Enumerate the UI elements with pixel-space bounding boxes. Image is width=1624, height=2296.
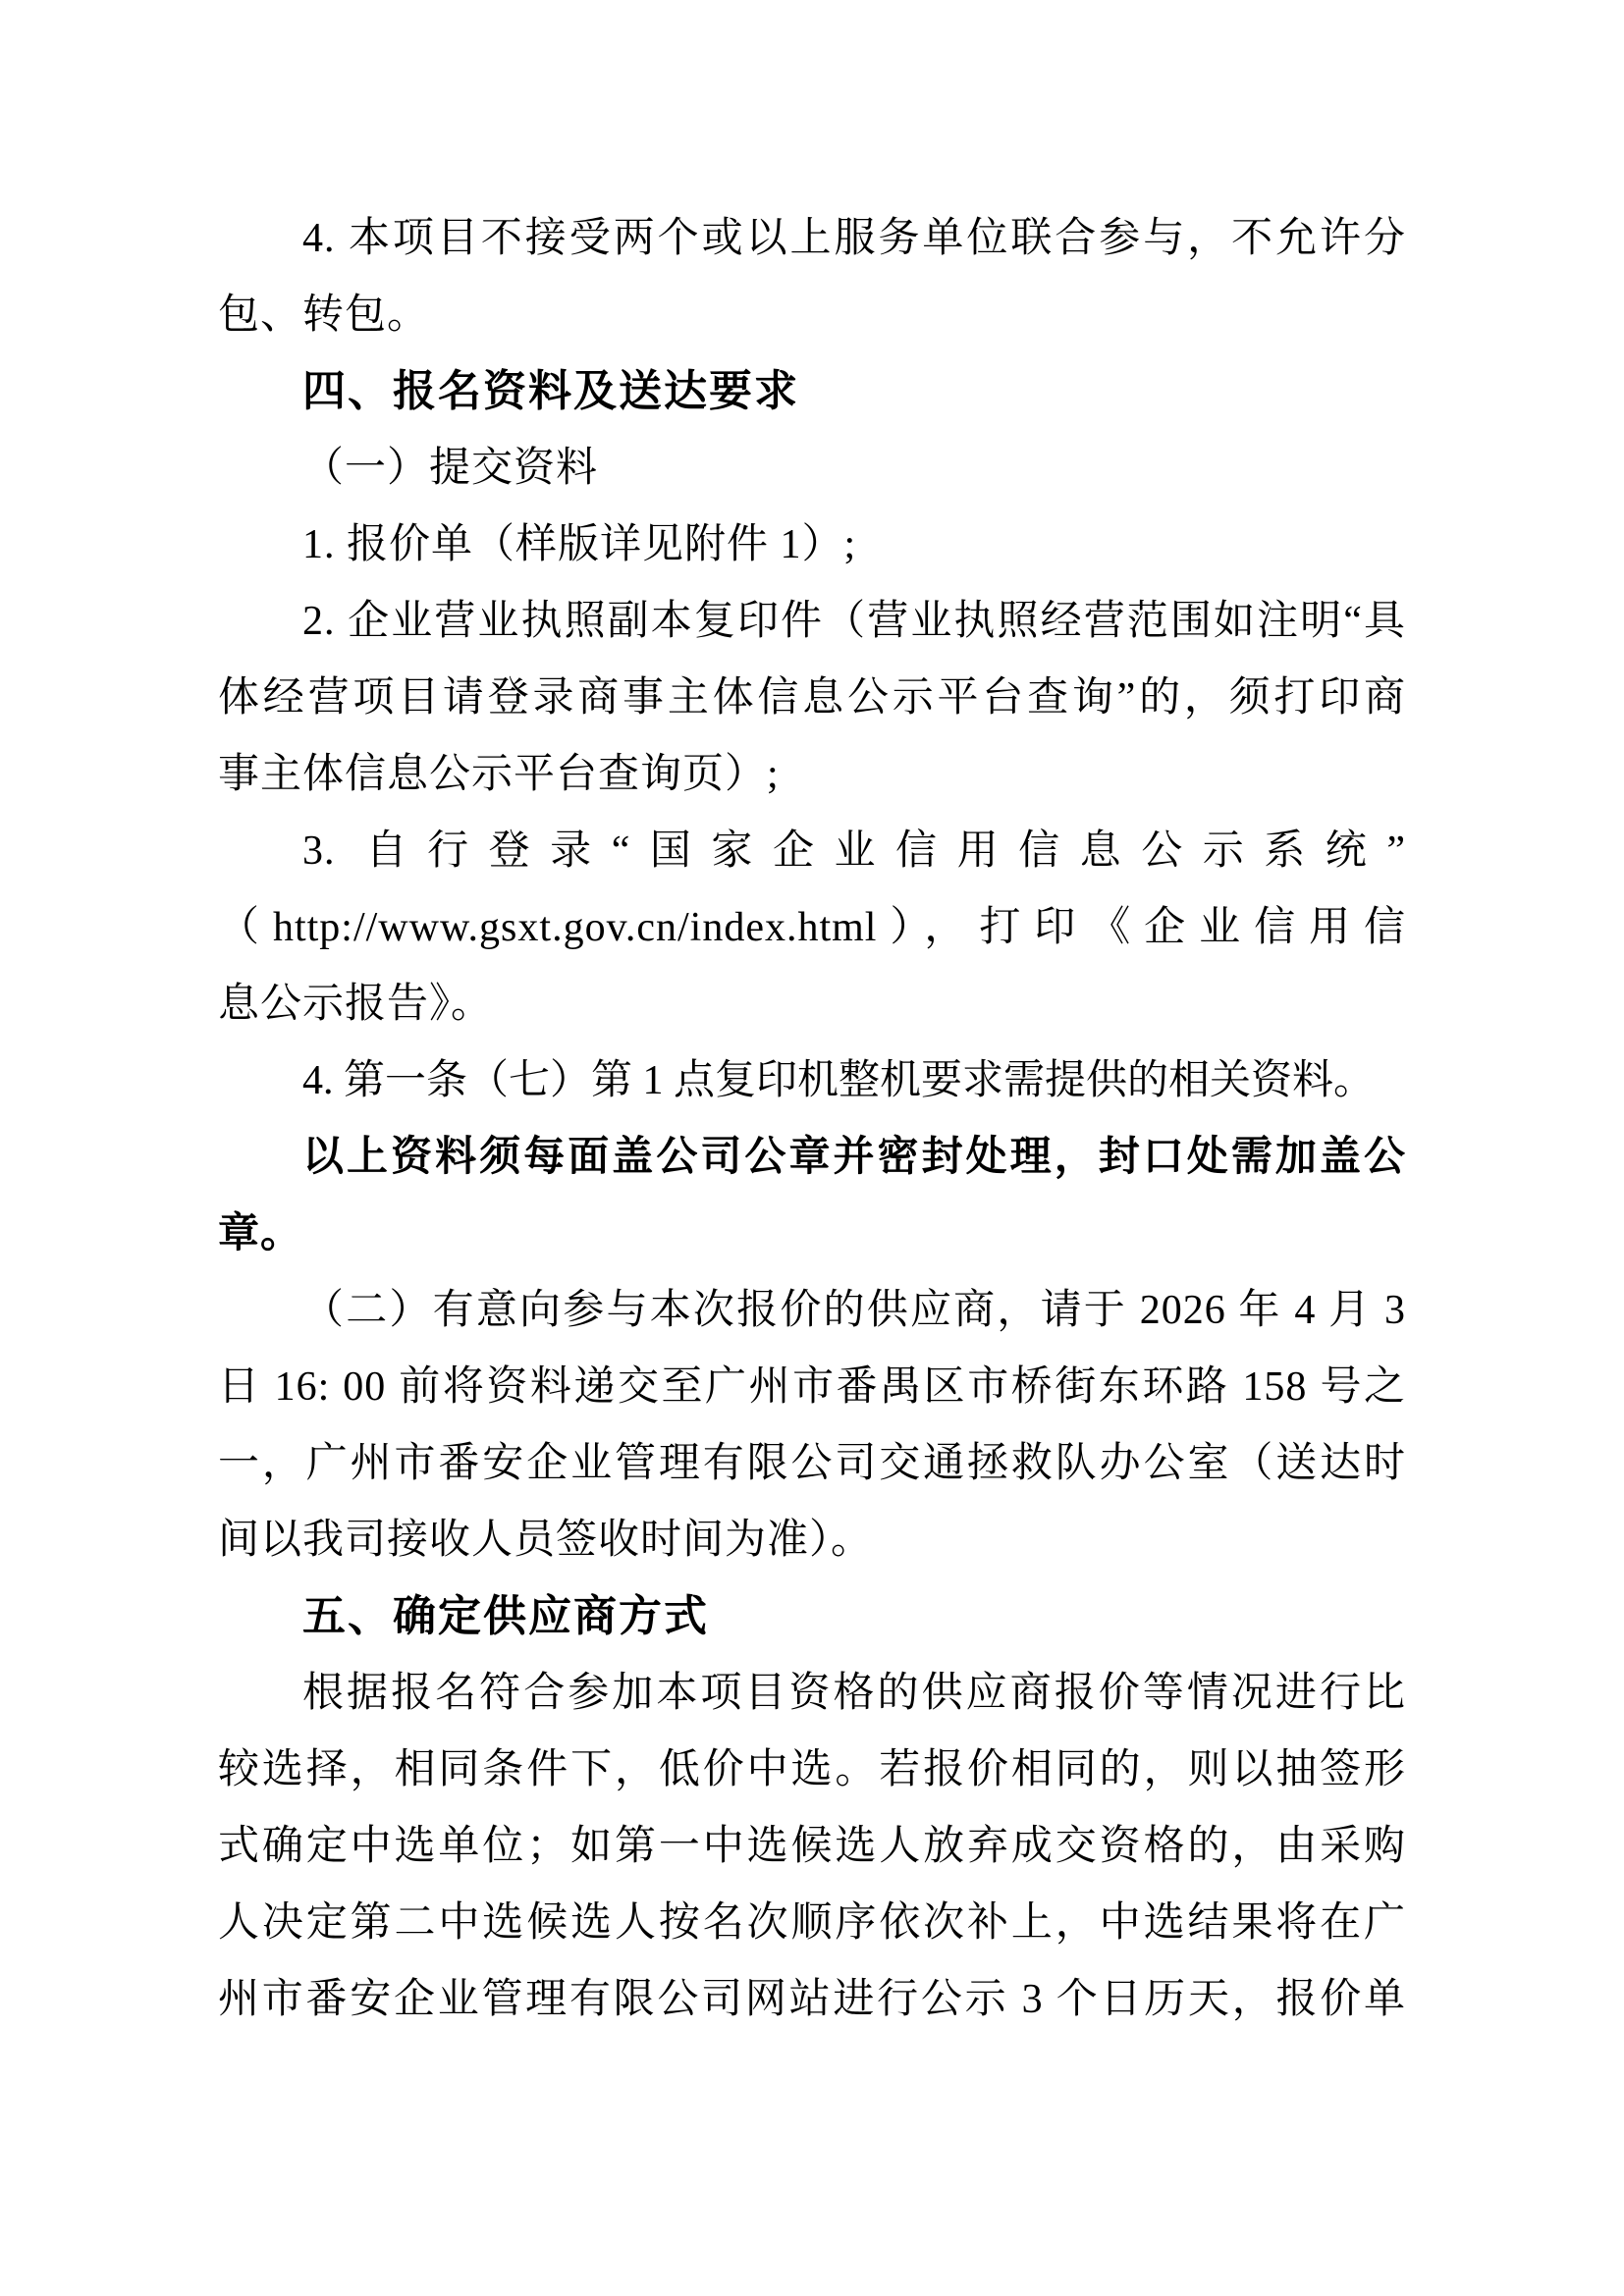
document-line: 式确定中选单位；如第一中选候选人放弃成交资格的，由采购 [218,1808,1406,1885]
section-heading-5: 五、确定供应商方式 [218,1578,1406,1655]
document-line: 人决定第二中选候选人按名次顺序依次补上，中选结果将在广 [218,1885,1406,1961]
document-line: 包、转包。 [218,277,1406,353]
document-line: 1. 报价单（样版详见附件 1）; [218,507,1406,583]
document-line: 4. 本项目不接受两个或以上服务单位联合参与，不允许分 [218,200,1406,277]
document-line: 一，广州市番安企业管理有限公司交通拯救队办公室（送达时 [218,1425,1406,1502]
document-line: 3. 自行登录“国家企业信用信息公示系统” [218,813,1406,889]
document-line: 事主体信息公示平台查询页）; [218,736,1406,813]
document-line: 体经营项目请登录商事主体信息公示平台查询”的，须打印商 [218,660,1406,736]
document-line: （一）提交资料 [218,430,1406,507]
document-line-url: （http://www.gsxt.gov.cn/index.html），打印《企… [218,889,1406,966]
document-line: 4. 第一条（七）第 1 点复印机整机要求需提供的相关资料。 [218,1042,1406,1119]
document-line: 间以我司接收人员签收时间为准）。 [218,1502,1406,1578]
document-line: 根据报名符合参加本项目资格的供应商报价等情况进行比 [218,1655,1406,1732]
document-text-block: 4. 本项目不接受两个或以上服务单位联合参与，不允许分 包、转包。 四、报名资料… [218,200,1406,2038]
seal-notice-line: 章。 [218,1196,1406,1272]
document-line: 日 16: 00 前将资料递交至广州市番禺区市桥街东环路 158 号之 [218,1349,1406,1425]
section-heading-4: 四、报名资料及送达要求 [218,353,1406,430]
document-line: （二）有意向参与本次报价的供应商，请于 2026 年 4 月 3 [218,1272,1406,1349]
document-line: 州市番安企业管理有限公司网站进行公示 3 个日历天，报价单 [218,1961,1406,2038]
seal-notice-line: 以上资料须每面盖公司公章并密封处理，封口处需加盖公 [218,1119,1406,1196]
document-line: 较选择，相同条件下，低价中选。若报价相同的，则以抽签形 [218,1732,1406,1808]
document-page: 4. 本项目不接受两个或以上服务单位联合参与，不允许分 包、转包。 四、报名资料… [0,0,1624,2296]
document-line: 2. 企业营业执照副本复印件（营业执照经营范围如注明“具 [218,583,1406,660]
document-line: 息公示报告》。 [218,966,1406,1042]
